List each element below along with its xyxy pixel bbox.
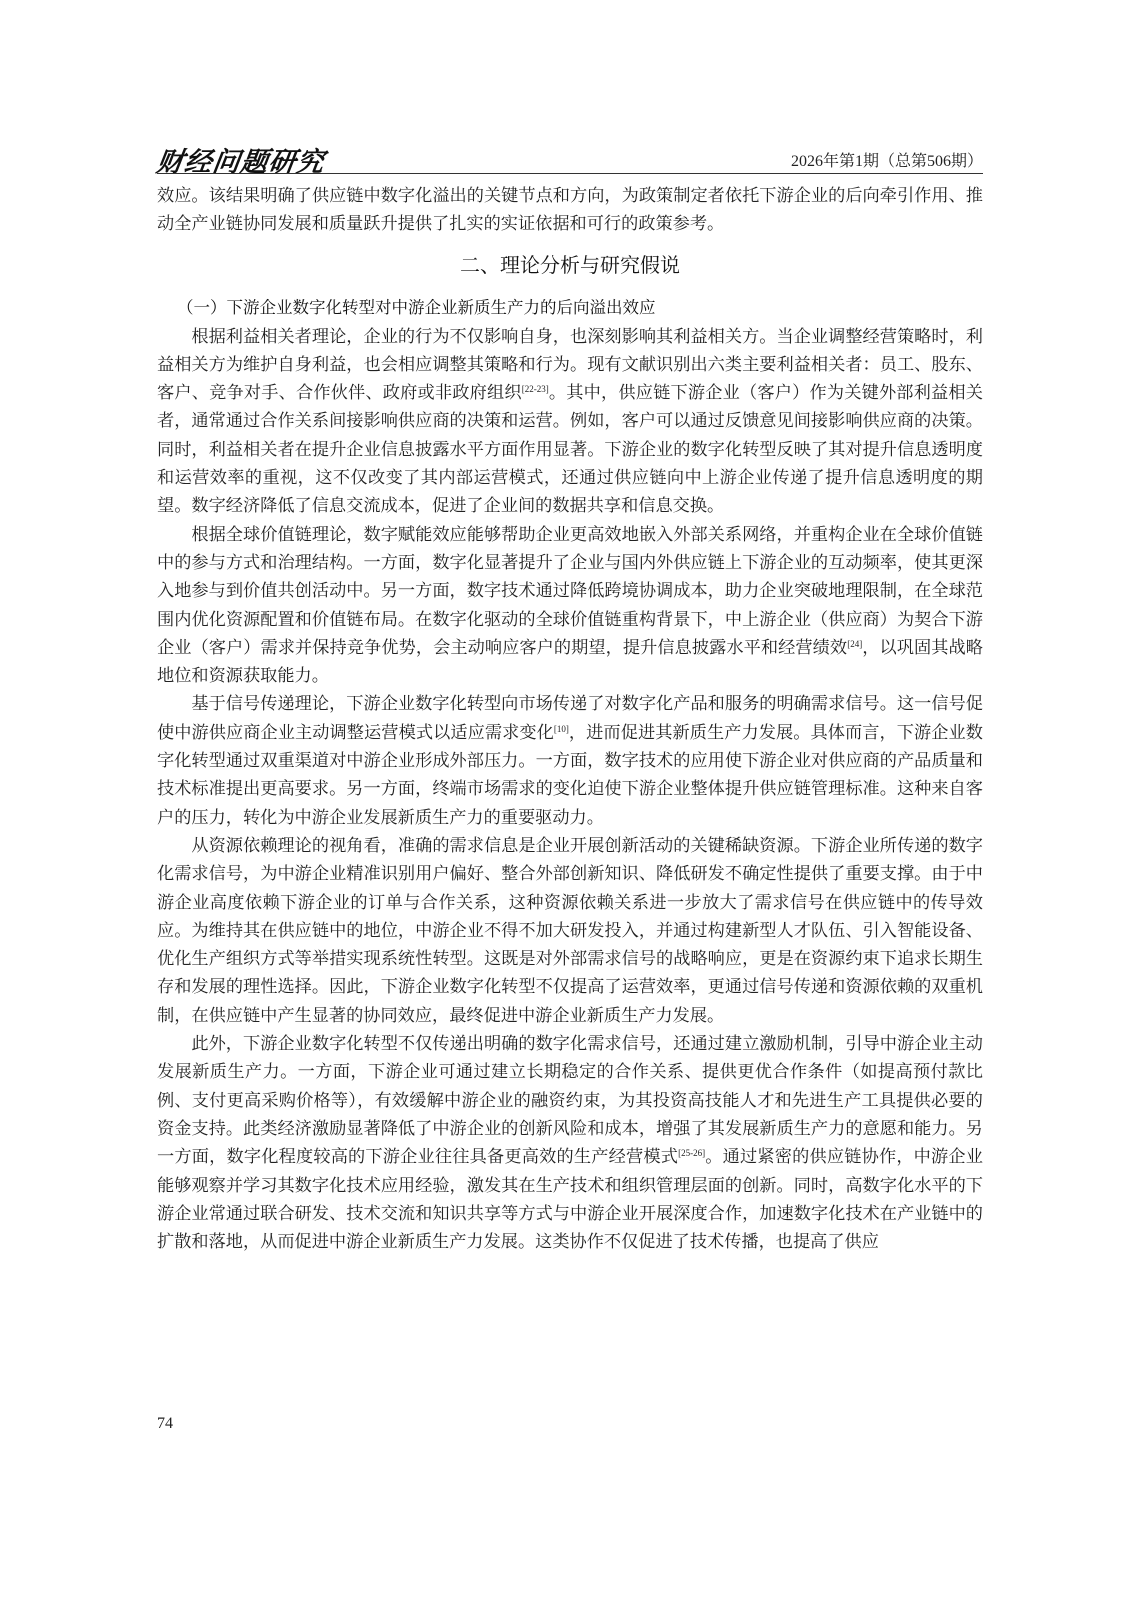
article-body: 效应。该结果明确了供应链中数字化溢出的关键节点和方向，为政策制定者依托下游企业的…: [157, 182, 983, 1256]
paragraph-signaling-theory: 基于信号传递理论，下游企业数字化转型向市场传递了对数字化产品和服务的明确需求信号…: [157, 690, 983, 831]
citation: [10]: [554, 724, 569, 734]
journal-page: 财经问题研究 2026年第1期（总第506期） 效应。该结果明确了供应链中数字化…: [0, 0, 1140, 1600]
header-rule: [157, 173, 983, 174]
running-header: 财经问题研究 2026年第1期（总第506期）: [157, 140, 983, 172]
paragraph-stakeholder-theory: 根据利益相关者理论，企业的行为不仅影响自身，也深刻影响其利益相关方。当企业调整经…: [157, 323, 983, 521]
continued-paragraph: 效应。该结果明确了供应链中数字化溢出的关键节点和方向，为政策制定者依托下游企业的…: [157, 182, 983, 239]
page-number: 74: [157, 1415, 173, 1433]
issue-info: 2026年第1期（总第506期）: [791, 148, 983, 171]
citation: [24]: [847, 639, 862, 649]
subsection-title: （一）下游企业数字化转型对中游企业新质生产力的后向溢出效应: [157, 293, 983, 323]
section-title: 二、理论分析与研究假说: [157, 245, 983, 285]
citation: [25-26]: [678, 1148, 705, 1158]
paragraph-resource-dependence: 从资源依赖理论的视角看，准确的需求信息是企业开展创新活动的关键稀缺资源。下游企业…: [157, 832, 983, 1030]
paragraph-text: 从资源依赖理论的视角看，准确的需求信息是企业开展创新活动的关键稀缺资源。下游企业…: [157, 836, 983, 1026]
citation: [22-23]: [522, 384, 549, 394]
paragraph-gvc-theory: 根据全球价值链理论，数字赋能效应能够帮助企业更高效地嵌入外部关系网络，并重构企业…: [157, 521, 983, 691]
paragraph-incentive-mechanism: 此外，下游企业数字化转型不仅传递出明确的数字化需求信号，还通过建立激励机制，引导…: [157, 1030, 983, 1256]
